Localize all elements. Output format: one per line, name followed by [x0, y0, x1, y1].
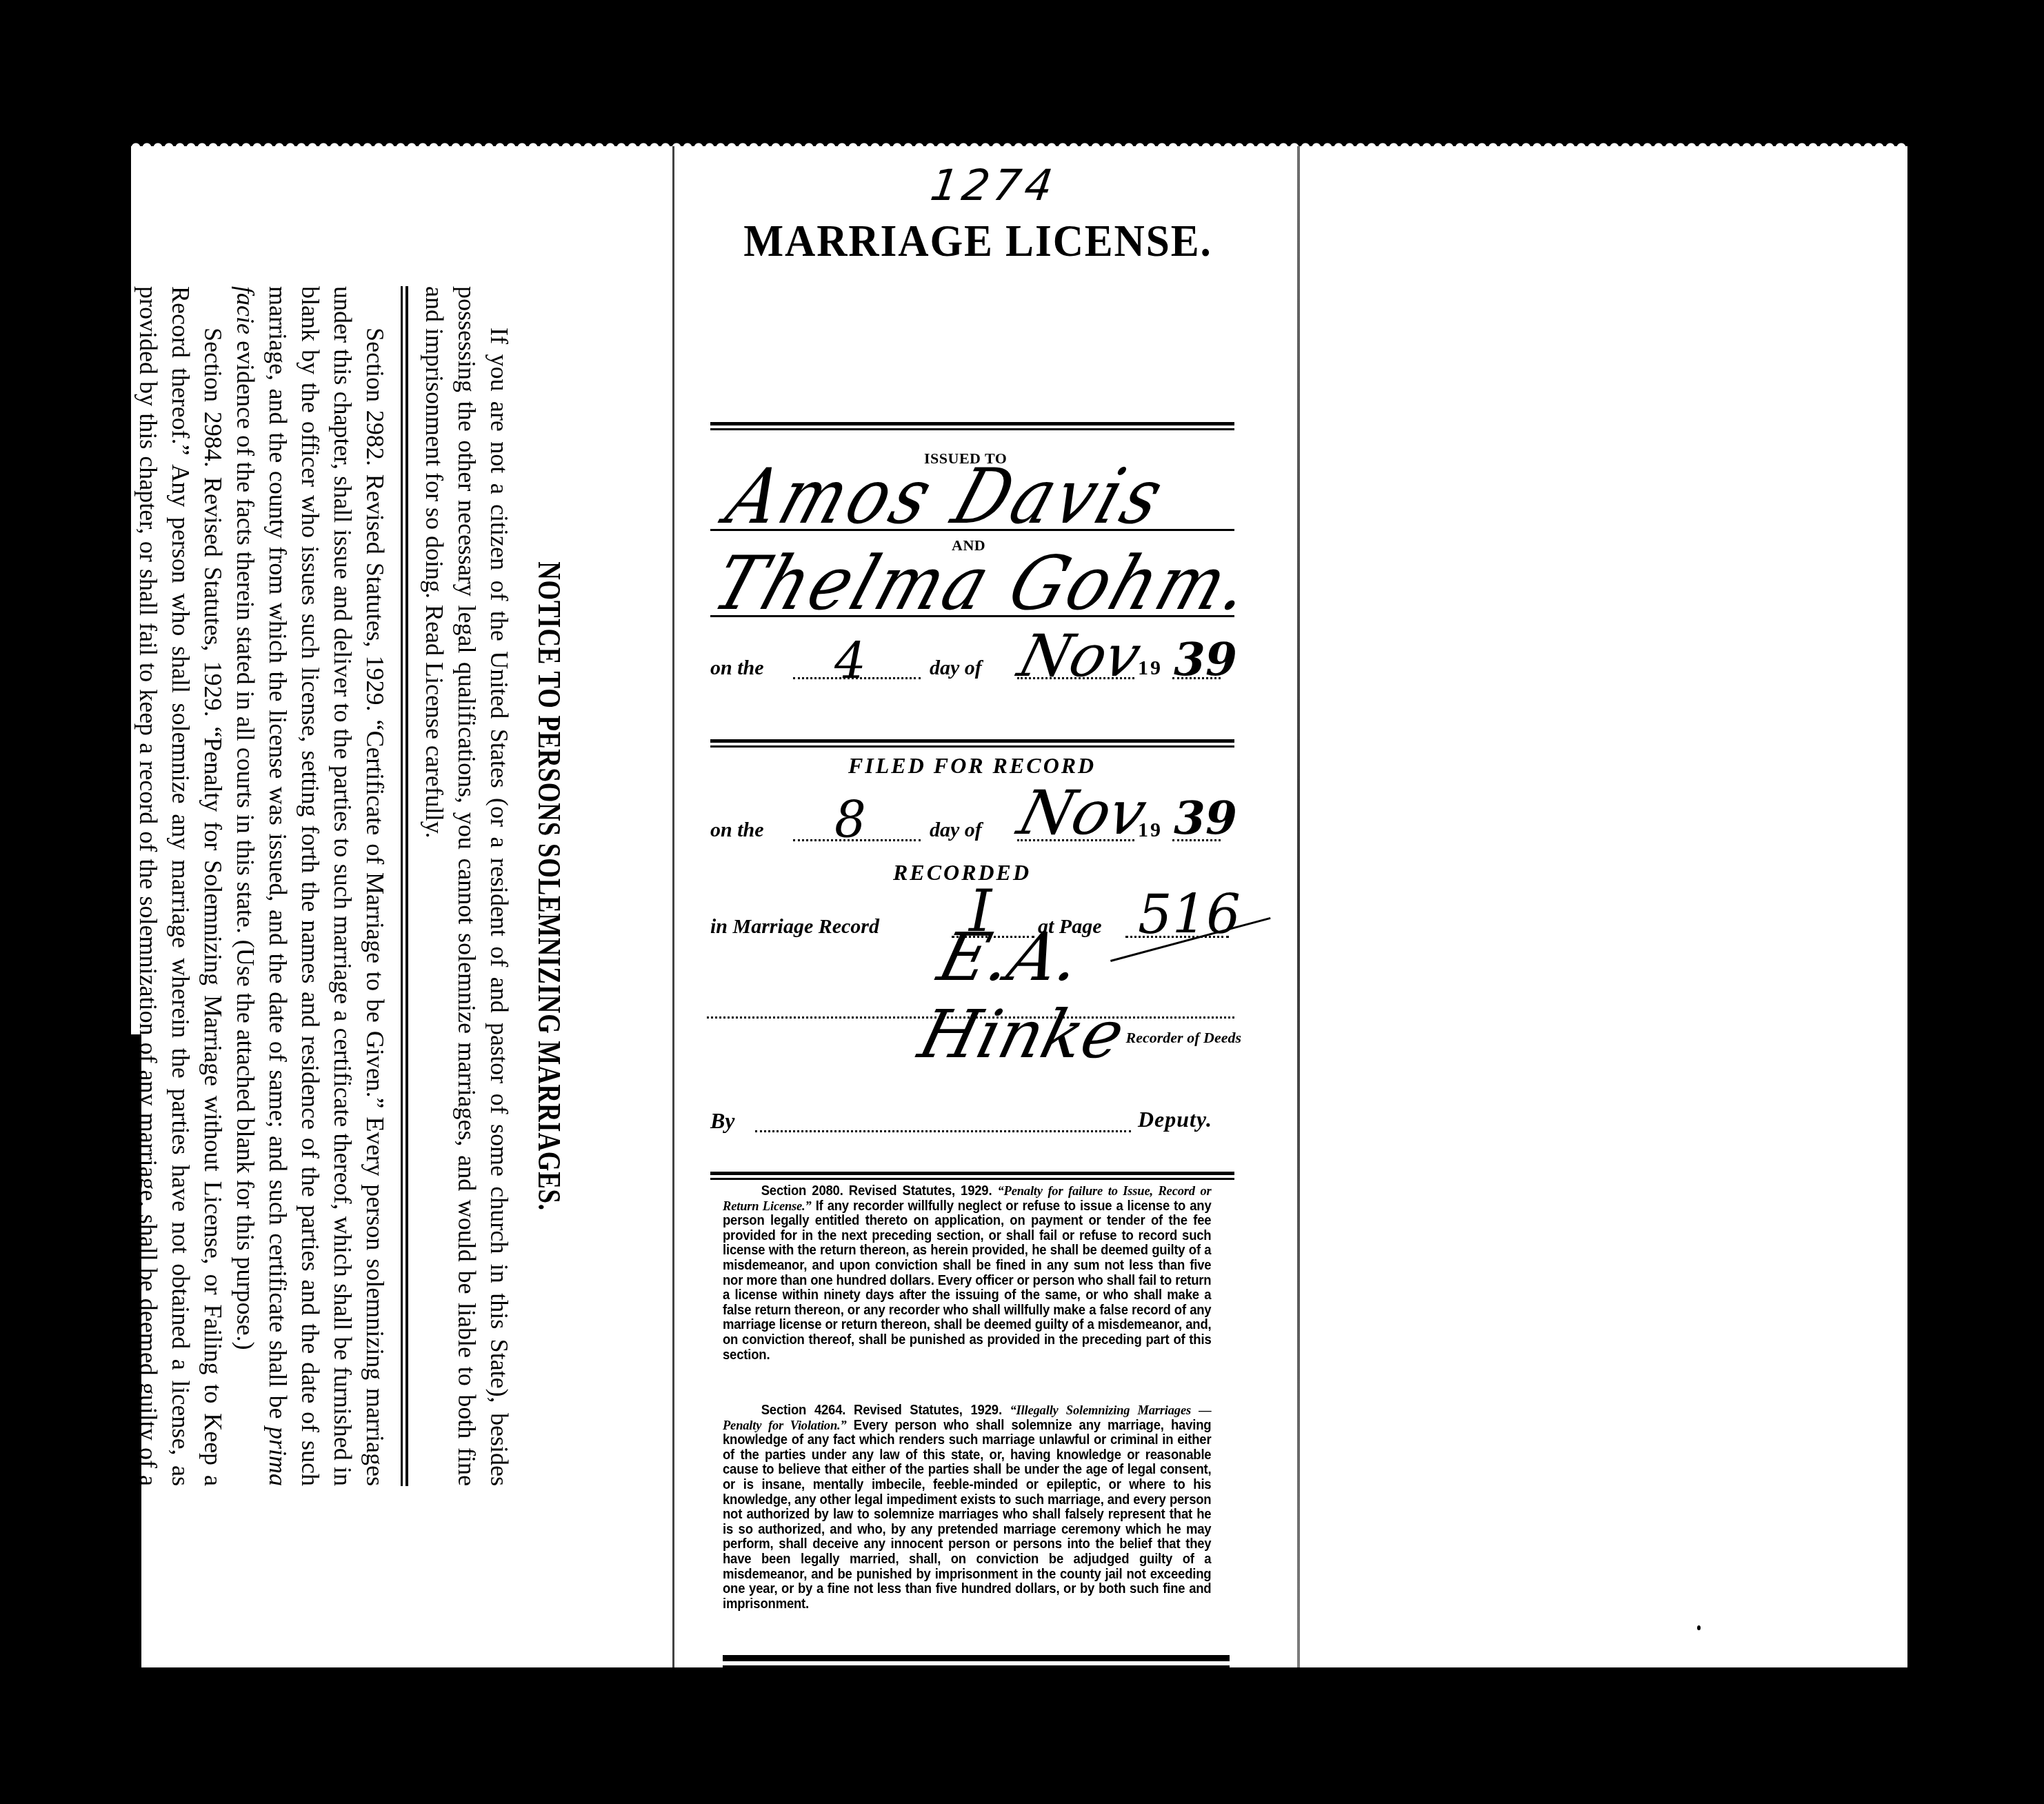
ink-speck	[1697, 1625, 1701, 1630]
signature-line	[707, 1016, 1234, 1019]
notice-section-2984: Section 2984. Revised Statutes, 1929. “P…	[131, 286, 229, 1486]
section-2984-body: Any person who shall solemnize any marri…	[131, 286, 194, 1486]
party-2-line	[710, 615, 1234, 617]
notice-title: NOTICE TO PERSONS SOLEMNIZING MARRIAGES.	[533, 406, 565, 1366]
filed-month: Nov	[1011, 777, 1154, 848]
filed-day-of-label: day of	[930, 819, 982, 842]
fold-line-right	[1297, 146, 1300, 1667]
blank-right-panel	[1301, 146, 1907, 1667]
notice-section-2982: Section 2982. Revised Statutes, 1929. “C…	[229, 286, 391, 1486]
party-1-name: Amos Davis	[717, 452, 1177, 541]
marriage-record-label: in Marriage Record	[710, 915, 879, 939]
statute-2080-body: If any recorder willfully neglect or ref…	[723, 1199, 1211, 1363]
notice-panel: NOTICE TO PERSONS SOLEMNIZING MARRIAGES.…	[131, 146, 672, 1667]
issue-date-prefix: on the	[710, 657, 764, 679]
filed-date-row: on the	[710, 819, 764, 842]
filed-day: 8	[834, 791, 866, 849]
recorder-title: Recorder of Deeds	[1126, 1029, 1241, 1047]
party-2-name: Thelma Gohm.	[703, 541, 1265, 627]
recorder-signature: E.A. Hinke	[912, 919, 1281, 1073]
fold-line-left	[672, 146, 674, 1667]
notice-rotated-content: NOTICE TO PERSONS SOLEMNIZING MARRIAGES.…	[131, 286, 565, 1486]
deputy-by-label: By	[710, 1108, 735, 1134]
filed-for-record-label: FILED FOR RECORD	[848, 753, 1096, 779]
issue-month: Nov	[1012, 622, 1148, 690]
filed-century: 19	[1138, 819, 1163, 842]
issue-date-row: on the	[710, 657, 764, 680]
statute-4264-body: Every person who shall solemnize any mar…	[723, 1419, 1211, 1612]
license-number: 1274	[928, 160, 1060, 210]
statute-4264-lead: Section 4264. Revised Statutes, 1929.	[761, 1403, 1010, 1418]
license-title: MARRIAGE LICENSE.	[728, 215, 1228, 268]
deputy-line[interactable]	[755, 1130, 1131, 1132]
issue-day-of-label: day of	[930, 657, 982, 680]
double-rule-lower	[710, 1172, 1234, 1180]
recorded-label: RECORDED	[893, 860, 1031, 885]
statute-2080-lead: Section 2080. Revised Statutes, 1929.	[761, 1184, 998, 1199]
double-rule-top	[710, 422, 1234, 430]
notice-intro: If you are not a citizen of the United S…	[418, 286, 515, 1486]
license-panel: 1274 MARRIAGE LICENSE. ISSUED TO Amos Da…	[697, 146, 1262, 1667]
notice-double-rule	[401, 286, 408, 1486]
issue-century: 19	[1138, 657, 1163, 680]
section-2982-body-b: evidence of the facts therein stated in …	[232, 334, 259, 1350]
filed-year: 39	[1174, 791, 1237, 845]
issue-day: 4	[834, 632, 866, 690]
issue-year: 39	[1174, 632, 1237, 686]
double-rule-middle	[710, 739, 1234, 748]
filed-date-prefix: on the	[710, 819, 764, 841]
statute-2080: Section 2080. Revised Statutes, 1929. “P…	[723, 1184, 1211, 1363]
party-1-line	[710, 529, 1234, 531]
double-rule-bottom	[723, 1655, 1230, 1669]
deputy-label: Deputy.	[1138, 1107, 1212, 1132]
statute-4264: Section 4264. Revised Statutes, 1929. “I…	[723, 1403, 1211, 1612]
section-2982-heading: Section 2982. Revised Statutes, 1929. “C…	[361, 328, 389, 1109]
